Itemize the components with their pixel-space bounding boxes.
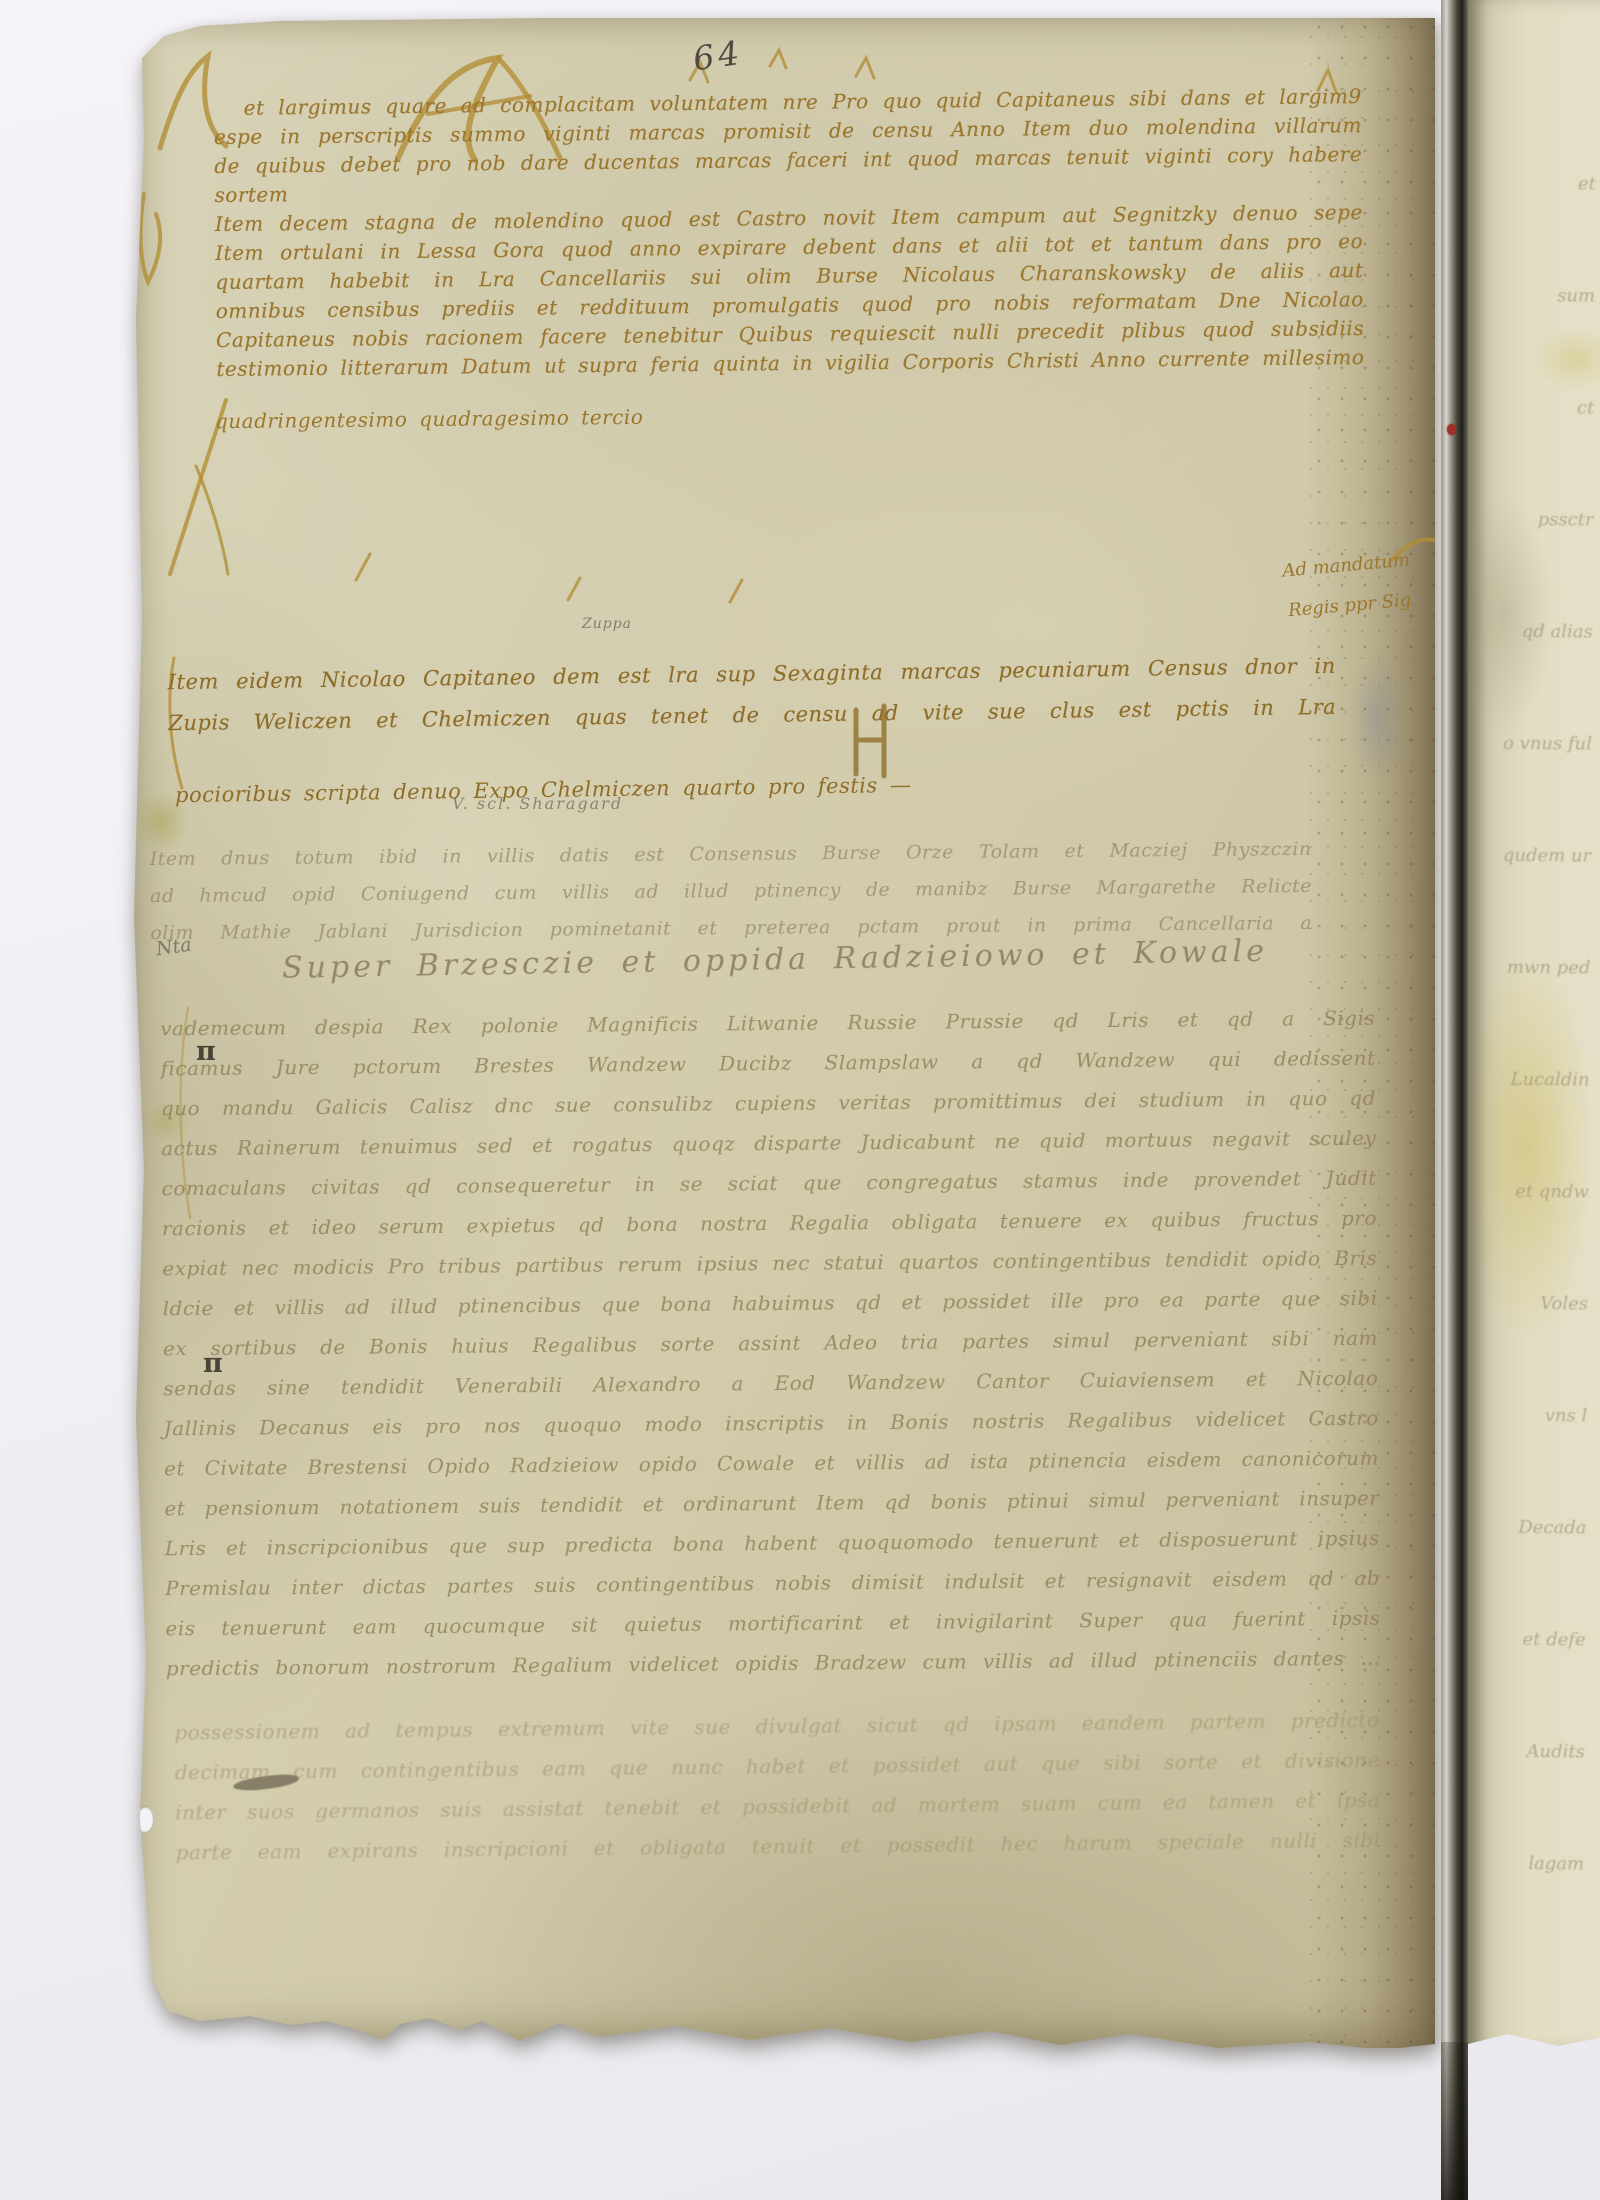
text-fragment: Decada (1468, 1472, 1587, 1585)
text-fragment: pssctr (1471, 464, 1594, 577)
text-fragment: qudem ur (1469, 800, 1592, 913)
archival-reference-note: V. scl. Sharagard (452, 794, 623, 813)
archival-note-zuppa: Zuppa (582, 616, 632, 632)
text-fragment: et (1473, 128, 1596, 241)
page-number: 64 (691, 33, 746, 79)
adjacent-page-edge: etsumctpssctrqd aliaso vnus fulqudem urm… (1468, 0, 1600, 2050)
margin-nota-mark: Nta (155, 934, 193, 961)
text-fragment: vns l (1468, 1360, 1588, 1473)
chancery-signature: Ad mandatum Regis ppr Sig (1255, 538, 1441, 633)
text-fragment: ct (1472, 352, 1595, 465)
book-cradle-rod (1441, 0, 1468, 2200)
adjacent-page-text-fragments: etsumctpssctrqd aliaso vnus fulqudem urm… (1468, 128, 1596, 1921)
rod-shadow (1441, 2042, 1468, 2200)
entry-1-text: et largimus quare ad complacitam volunta… (214, 82, 1365, 384)
entry-2-text: Item eidem Nicolao Capitaneo dem est lra… (167, 646, 1336, 744)
text-fragment: qd alias (1470, 576, 1593, 689)
main-entry-text: vademecum despia Rex polonie Magnificis … (160, 998, 1381, 1689)
entry-1-last-line: quadringentesimo quadragesimo tercio (215, 405, 644, 433)
parchment-leaf: 64 et largimus quare ad complacitam volu… (130, 18, 1435, 2048)
faded-entry-text: possessionem ad tempus extremum vite sue… (174, 1700, 1381, 1873)
text-fragment: Voles (1468, 1248, 1588, 1361)
entry-3-text: Item dnus totum ibid in villis datis est… (150, 831, 1313, 952)
text-fragment: mwn ped (1468, 912, 1591, 1025)
text-fragment: Audits (1468, 1696, 1585, 1809)
text-fragment: o vnus ful (1470, 688, 1593, 801)
edge-hole (136, 1806, 153, 1832)
red-marker-dot (1447, 424, 1456, 435)
text-fragment: et defe (1468, 1584, 1586, 1697)
scanned-manuscript-photo: 64 et largimus quare ad complacitam volu… (0, 0, 1600, 2200)
text-fragment: lagam (1468, 1808, 1585, 1921)
text-fragment: Lucaldin (1468, 1024, 1590, 1137)
text-fragment: et qndw (1468, 1136, 1589, 1249)
text-fragment: sum (1473, 240, 1596, 353)
manuscript-page: 64 et largimus quare ad complacitam volu… (130, 18, 1435, 2048)
